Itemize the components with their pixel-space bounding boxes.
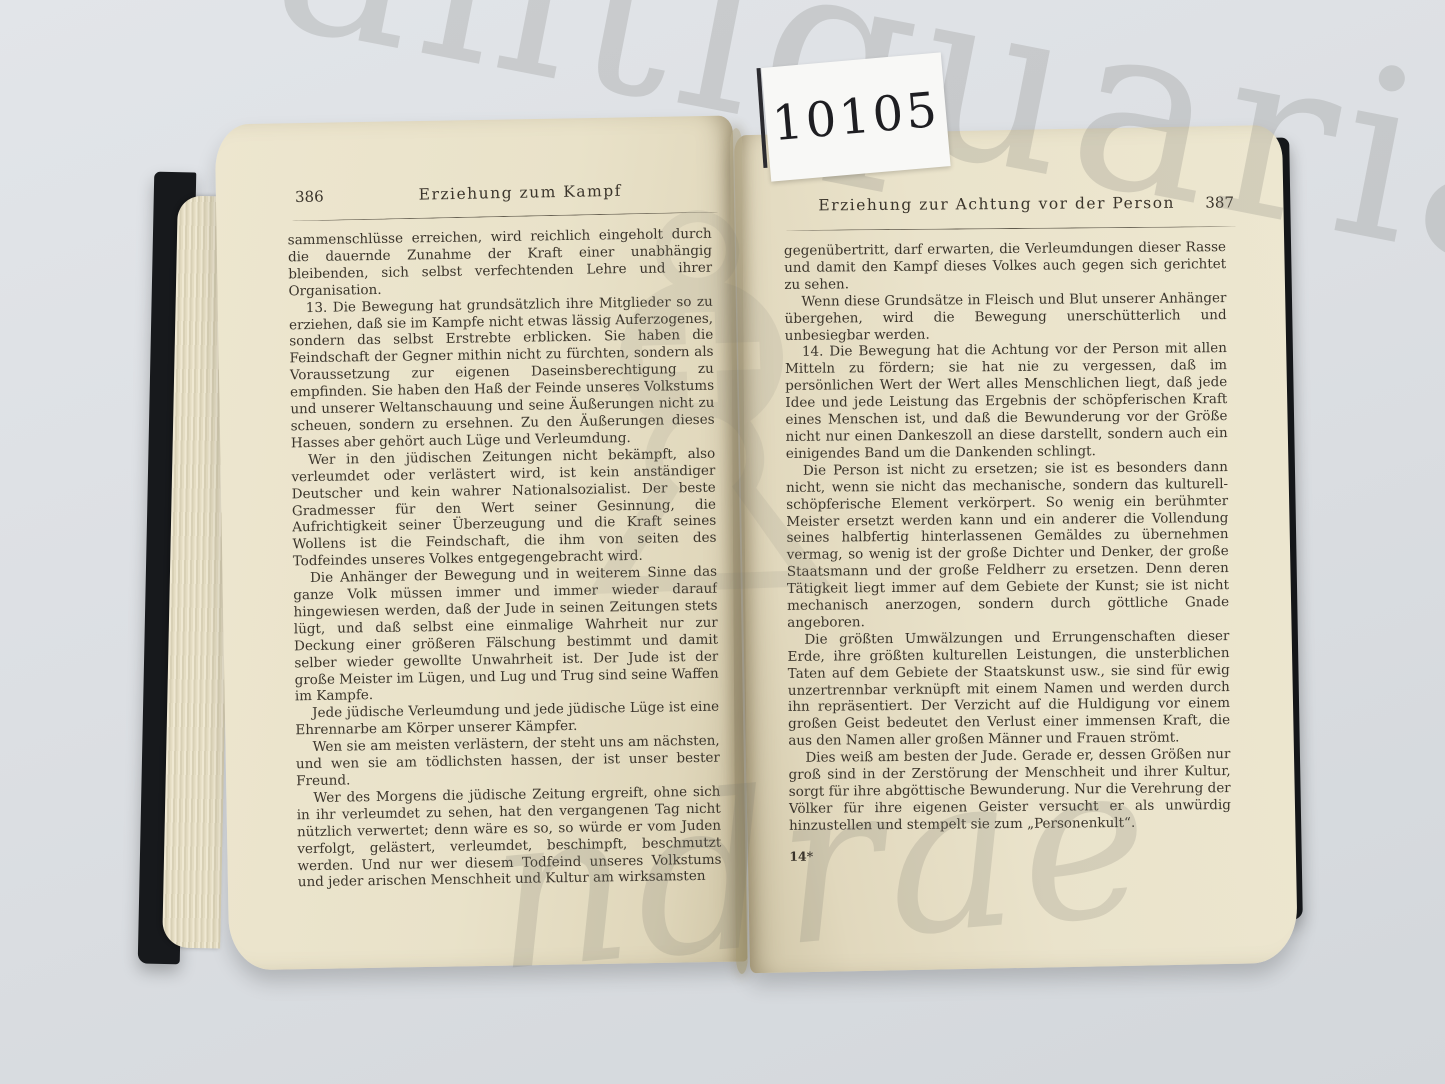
inventory-number: 10105	[770, 82, 942, 152]
right-page-number: 387	[1205, 193, 1234, 211]
signature-mark: 14*	[789, 845, 1231, 866]
right-page-text: gegenübertritt, darf erwarten, die Verle…	[784, 239, 1232, 943]
body-paragraph: gegenübertritt, darf erwarten, die Verle…	[784, 239, 1226, 294]
inventory-label: 10105	[761, 52, 950, 181]
body-paragraph: 14. Die Bewegung hat die Achtung vor der…	[785, 341, 1228, 463]
body-paragraph: Wer des Morgens die jüdische Zeitung erg…	[296, 784, 722, 892]
book-photo: 386 Erziehung zum Kampf sammenschlüsse e…	[0, 0, 1445, 1084]
body-paragraph: 13. Die Bewegung hat grundsätzlich ihre …	[289, 293, 715, 452]
body-paragraph: Die Anhänger der Bewegung und in weitere…	[293, 564, 719, 706]
body-paragraph: Wer in den jüdischen Zeitungen nicht bek…	[291, 445, 717, 570]
body-paragraph: Wenn diese Grundsätze in Fleisch und Blu…	[784, 290, 1226, 345]
left-page-number: 386	[295, 188, 324, 207]
right-page-header: Erziehung zur Achtung vor der Person 387	[788, 193, 1234, 214]
left-page-text: sammenschlüsse erreichen, wird reichlich…	[288, 226, 723, 923]
right-running-title: Erziehung zur Achtung vor der Person	[788, 194, 1205, 215]
body-paragraph: Die größten Umwälzungen und Errungenscha…	[787, 628, 1230, 750]
body-paragraph: sammenschlüsse erreichen, wird reichlich…	[288, 226, 713, 300]
body-paragraph: Die Person ist nicht zu ersetzen; sie is…	[786, 459, 1229, 632]
body-paragraph: Wen sie am meisten verlästern, der steht…	[296, 733, 721, 790]
body-paragraph: Dies weiß am besten der Jude. Gerade er,…	[788, 746, 1231, 834]
